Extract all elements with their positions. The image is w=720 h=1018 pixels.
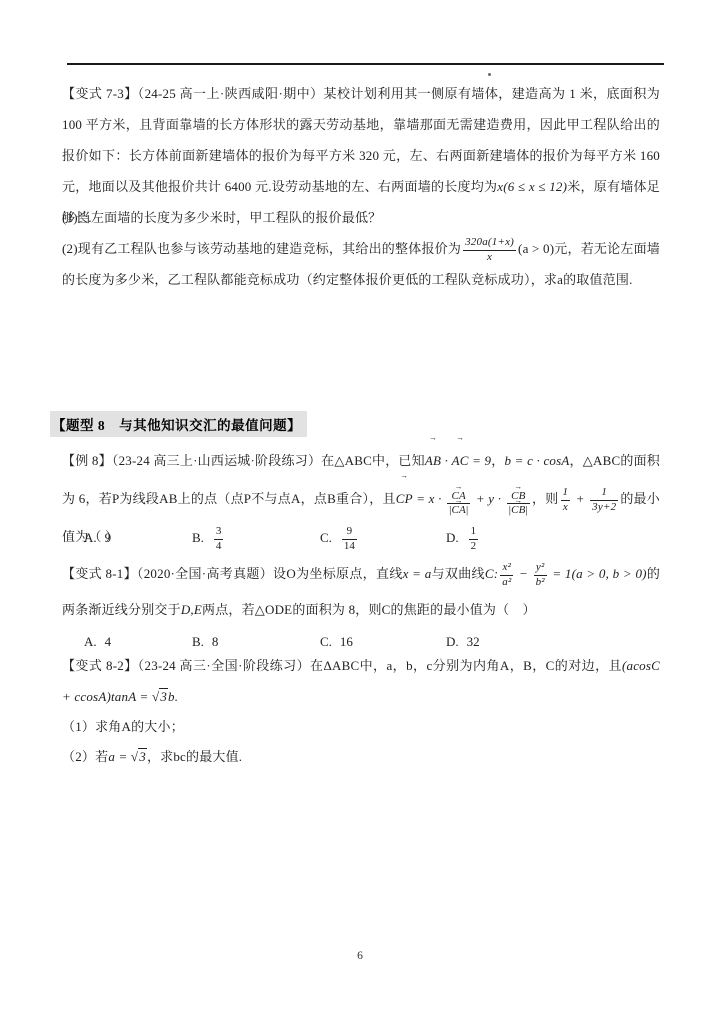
v82-text-1: 【变式 8-2】（23-24 高三·全国·阶段练习）在ΔABC中，a，b，c分别… <box>62 658 622 673</box>
v82-sqrt-3: √3 <box>152 688 168 704</box>
ex8-fraction-x-numerator: 1 <box>561 486 571 500</box>
v81-formula-4: D,E <box>181 602 202 617</box>
vector-arrow-icon: → <box>400 472 408 479</box>
ex8-options: A.9 B.34 C.914 D.12 <box>62 522 660 556</box>
v82-formula-2: b. <box>168 689 178 704</box>
ex8-dot-operator: · <box>441 453 451 468</box>
ex8-text-2: ， <box>491 453 504 468</box>
v73-inline-math: x(6 ≤ x ≤ 12) <box>497 179 567 194</box>
option-value: 8 <box>212 634 219 649</box>
v73-part1-text: (1)当左面墙的长度为多少米时，甲工程队的报价最低？ <box>62 210 381 225</box>
vector-arrow-icon: → <box>455 483 463 490</box>
ex8-fraction-y: 13y+2 <box>590 486 618 513</box>
v81-formula-1: x = a <box>403 566 432 581</box>
vector-ca: →CA <box>451 504 465 517</box>
option-value: 32 <box>467 634 480 649</box>
vector-cb: →CB <box>511 504 525 517</box>
abs-bar: | <box>466 504 468 516</box>
problem-v73-part2: (2)现有乙工程队也参与该劳动基地的建造竞标，其给出的整体报价为320a(1+x… <box>62 233 660 295</box>
v82-sqrt-3b: √3 <box>131 748 147 764</box>
ex8-fraction-y-denominator: 3y+2 <box>590 501 618 514</box>
v73-fraction-denominator: x <box>463 251 516 264</box>
ex8-fraction-cb: →CB|→CB| <box>507 483 530 517</box>
v73-part2-text-pre: (2)现有乙工程队也参与该劳动基地的建造竞标，其给出的整体报价为 <box>62 241 461 256</box>
problem-v82-part2: （2）若a = √3，求bc的最大值. <box>62 741 660 772</box>
v73-text-pre: 【变式 7-3】（24-25 高一上·陕西咸阳·期中）某校计划利用其一侧原有墙体… <box>62 86 660 194</box>
option-value: 4 <box>105 634 112 649</box>
option-fraction: 914 <box>342 525 357 552</box>
ex8-fraction-y-numerator: 1 <box>590 486 618 500</box>
v81-fraction-y: y²b² <box>534 561 547 588</box>
ex8-fraction-ca: →CA|→CA| <box>447 483 470 517</box>
vector-cp: →CP <box>396 480 413 518</box>
ex8-fraction-x-denominator: x <box>561 501 571 514</box>
v81-formula-2: C: <box>485 566 498 581</box>
option-label: D. <box>446 634 459 649</box>
option-label: B. <box>192 530 204 545</box>
ex8-plus: + <box>572 491 588 506</box>
problem-v82-part1: （1）求角A的大小； <box>62 711 660 742</box>
option-label: C. <box>320 530 332 545</box>
v81-fraction-y-numerator: y² <box>534 561 547 575</box>
ex8-formula-1: b = c · cosA <box>504 453 569 468</box>
v82-part2-text-pre: （2）若 <box>62 749 108 764</box>
vector-arrow-icon: → <box>456 434 464 441</box>
ex8-fraction-ca-denominator: |→CA| <box>447 504 470 517</box>
v81-text-2: 与双曲线 <box>431 566 484 581</box>
ex8-option-b: B.34 <box>192 522 225 553</box>
ex8-text-4: ，则 <box>532 491 559 506</box>
option-fraction-numerator: 3 <box>214 525 224 539</box>
vector-arrow-icon: → <box>455 497 463 504</box>
v81-fraction-x-denominator: a² <box>500 576 513 589</box>
option-value: 9 <box>105 530 112 545</box>
ex8-option-a: A.9 <box>84 522 111 553</box>
vector-cb-label: CB <box>511 504 525 516</box>
radicand: 3 <box>138 748 147 764</box>
stray-mark <box>488 73 491 76</box>
ex8-formula-2: = x · <box>413 491 445 506</box>
header-divider <box>67 63 664 65</box>
option-fraction-numerator: 1 <box>469 525 479 539</box>
option-value: 16 <box>340 634 353 649</box>
vector-arrow-icon: → <box>514 497 522 504</box>
v81-fraction-y-denominator: b² <box>534 576 547 589</box>
document-page: 【变式 7-3】（24-25 高一上·陕西咸阳·期中）某校计划利用其一侧原有墙体… <box>0 0 720 1018</box>
option-fraction-denominator: 14 <box>342 540 357 553</box>
page-number: 6 <box>0 950 720 962</box>
problem-v82-body: 【变式 8-2】（23-24 高三·全国·阶段练习）在ΔABC中，a，b，c分别… <box>62 650 660 712</box>
ex8-fraction-cb-denominator: |→CB| <box>507 504 530 517</box>
ex8-formula-3: + y · <box>472 491 504 506</box>
vector-ab-label: AB <box>425 453 441 468</box>
option-label: B. <box>192 634 204 649</box>
ex8-fraction-x: 1x <box>561 486 571 513</box>
v73-fraction-numerator: 320a(1+x) <box>463 236 516 250</box>
ex8-text-1: 【例 8】（23-24 高三上·山西运城·阶段练习）在△ABC中，已知 <box>62 453 425 468</box>
v81-fraction-x: x²a² <box>500 561 513 588</box>
v81-fraction-x-numerator: x² <box>500 561 513 575</box>
vector-arrow-icon: → <box>514 483 522 490</box>
option-fraction: 34 <box>214 525 224 552</box>
option-label: C. <box>320 634 332 649</box>
vector-ca-label: CA <box>451 504 465 516</box>
v82-formula-3: a = <box>108 749 131 764</box>
option-fraction-denominator: 4 <box>214 540 224 553</box>
option-label: D. <box>446 530 459 545</box>
vector-arrow-icon: → <box>429 434 437 441</box>
ex8-option-c: C.914 <box>320 522 359 553</box>
vector-cp-label: CP <box>396 491 413 506</box>
vector-ab: →AB <box>425 442 441 480</box>
v81-formula-3: = 1(a > 0, b > 0) <box>549 566 647 581</box>
v81-text-1: 【变式 8-1】（2020·全国·高考真题）设O为坐标原点，直线 <box>62 566 403 581</box>
v81-text-4: 两点，若△ODE的面积为 8，则C的焦距的最小值为（ ） <box>202 602 536 617</box>
section-8-header: 【题型 8 与其他知识交汇的最值问题】 <box>50 411 307 437</box>
option-label: A. <box>84 634 97 649</box>
ex8-equals-nine: = 9 <box>469 453 492 468</box>
vector-ac: →AC <box>452 442 469 480</box>
option-label: A. <box>84 530 97 545</box>
v82-part2-text-post: ，求bc的最大值. <box>147 749 242 764</box>
option-fraction-denominator: 2 <box>469 540 479 553</box>
v82-part1-text: （1）求角A的大小； <box>62 719 184 734</box>
option-fraction: 12 <box>469 525 479 552</box>
v81-minus: − <box>515 566 531 581</box>
ex8-option-d: D.12 <box>446 522 480 553</box>
problem-v81-body: 【变式 8-1】（2020·全国·高考真题）设O为坐标原点，直线x = a与双曲… <box>62 556 660 628</box>
problem-v73-part1: (1)当左面墙的长度为多少米时，甲工程队的报价最低？ <box>62 202 660 233</box>
v73-fraction: 320a(1+x)x <box>463 236 516 263</box>
vector-ac-label: AC <box>452 453 469 468</box>
option-fraction-numerator: 9 <box>342 525 357 539</box>
section-8-title: 【题型 8 与其他知识交汇的最值问题】 <box>52 418 301 433</box>
radicand: 3 <box>159 688 168 704</box>
